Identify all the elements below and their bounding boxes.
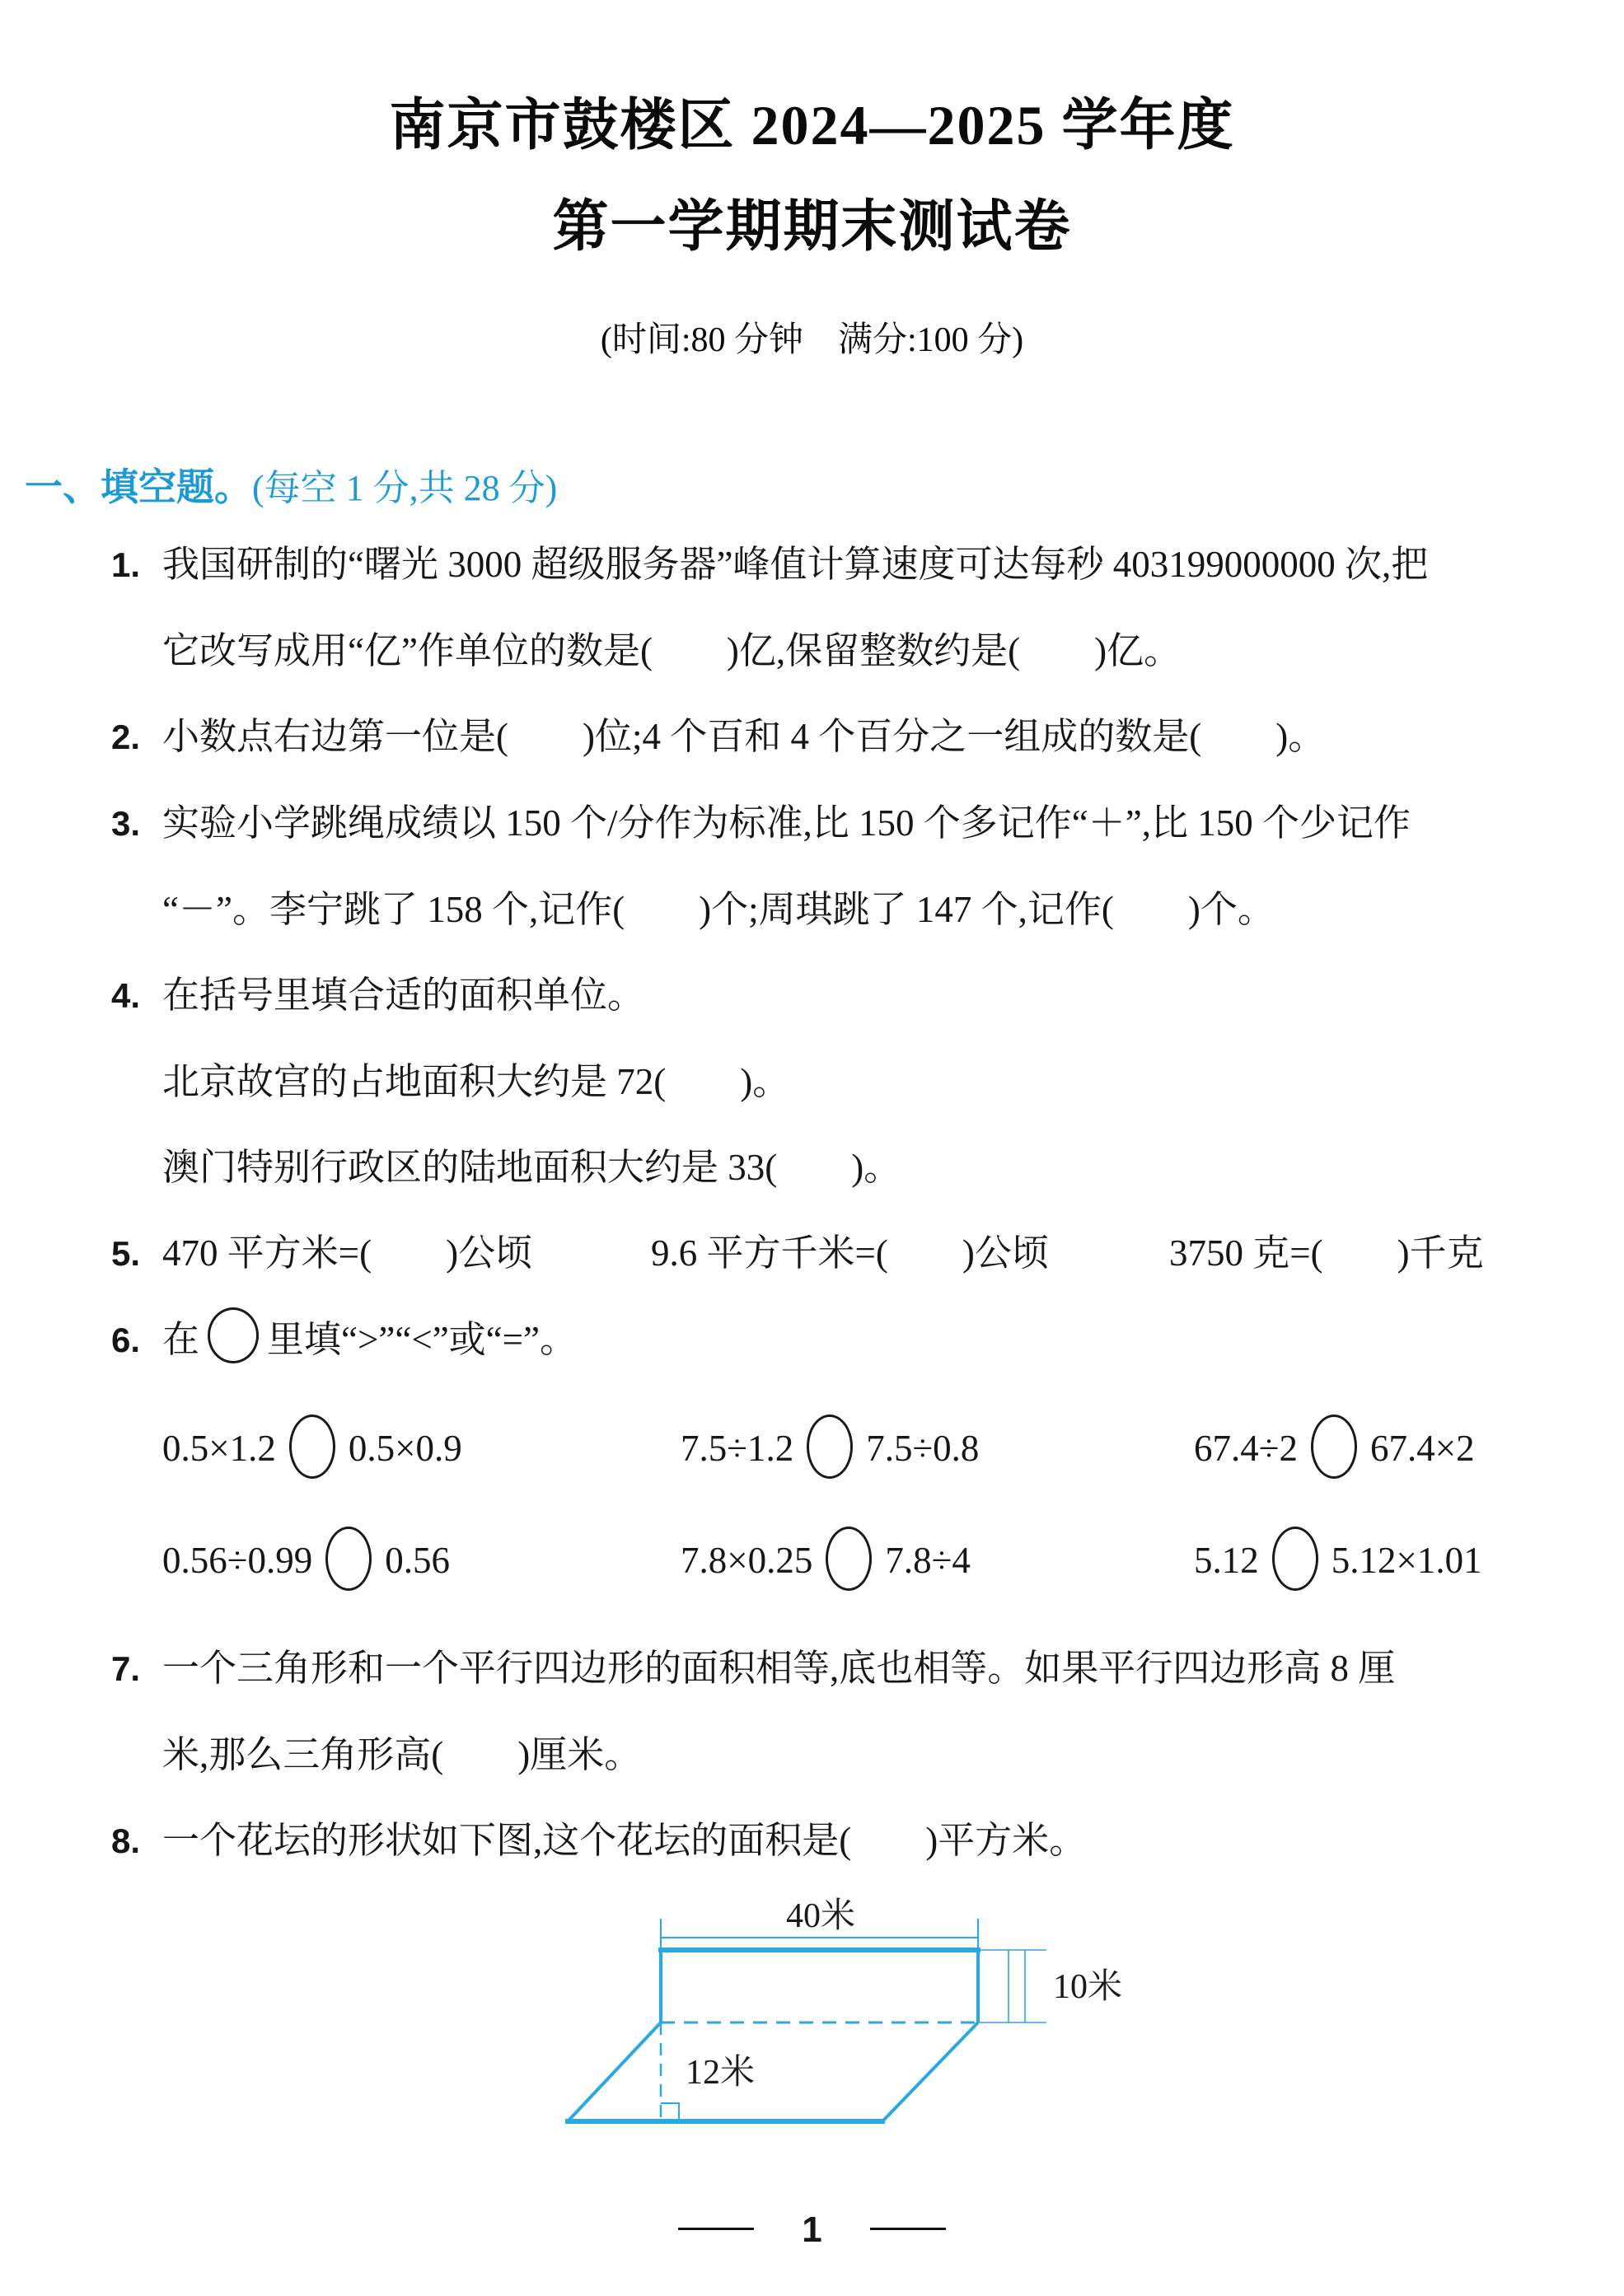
question-6-compare-row-2: 0.56÷0.990.56 7.8×0.257.8÷4 5.125.12×1.0… (0, 1507, 1624, 1614)
question-6-number: 6. (111, 1298, 162, 1383)
footer-dash-left (678, 2228, 754, 2230)
page-number: 1 (802, 2209, 821, 2250)
para-left-slant (568, 2022, 661, 2121)
section-heading: 一、填空题。(每空 1 分,共 28 分) (25, 461, 1624, 515)
question-4-text: 在括号里填合适的面积单位。 (162, 975, 644, 1016)
question-2-line-1: 2.小数点右边第一位是( )位;4 个百和 4 个百分之一组成的数是( )。 (0, 694, 1624, 780)
para-right-slant (882, 2022, 978, 2121)
question-8-text: 一个花坛的形状如下图,这个花坛的面积是( )平方米。 (162, 1820, 1086, 1861)
question-3-number: 3. (111, 781, 162, 867)
question-7-text: 一个三角形和一个平行四边形的面积相等,底也相等。如果平行四边形高 8 厘 (162, 1648, 1395, 1689)
question-1-line-1: 1.我国研制的“曙光 3000 超级服务器”峰值计算速度可达每秒 4031990… (0, 521, 1624, 608)
compare-right: 7.8÷4 (885, 1540, 970, 1581)
blank-circle-icon (1272, 1527, 1318, 1591)
page-footer: 1 (0, 2205, 1624, 2255)
questions-list: 1.我国研制的“曙光 3000 超级服务器”峰值计算速度可达每秒 4031990… (0, 521, 1624, 2148)
question-4-number: 4. (111, 953, 162, 1039)
figure-height-inner-label: 12米 (686, 2054, 755, 2092)
compare-right: 5.12×1.01 (1331, 1540, 1482, 1581)
exam-time-score: (时间:80 分钟 满分:100 分) (0, 316, 1624, 365)
question-1-text-cont: 它改写成用“亿”作单位的数是( )亿,保留整数约是( )亿。 (162, 630, 1181, 671)
question-6-head-pre: 在 (162, 1319, 199, 1360)
question-7-line-1: 7.一个三角形和一个平行四边形的面积相等,底也相等。如果平行四边形高 8 厘 (0, 1625, 1624, 1712)
question-3-text-cont: “－”。李宁跳了 158 个,记作( )个;周琪跳了 147 个,记作( )个。 (162, 889, 1275, 930)
exam-page: 南京市鼓楼区 2024—2025 学年度 第一学期期末测试卷 (时间:80 分钟… (0, 0, 1624, 2296)
compare-left: 0.5×1.2 (162, 1428, 276, 1469)
question-8-number: 8. (111, 1798, 162, 1884)
blank-circle-icon (325, 1527, 372, 1591)
question-5-number: 5. (111, 1211, 162, 1297)
question-4-sub-macau: 澳门特别行政区的陆地面积大约是 33( )。 (0, 1125, 1624, 1210)
page-title-line2: 第一学期期末测试卷 (0, 188, 1624, 266)
compare-right: 67.4×2 (1370, 1428, 1475, 1469)
question-1-text: 我国研制的“曙光 3000 超级服务器”峰值计算速度可达每秒 403199000… (162, 544, 1428, 585)
compare-left: 7.8×0.25 (681, 1540, 812, 1581)
question-3-line-2: “－”。李宁跳了 158 个,记作( )个;周琪跳了 147 个,记作( )个。 (0, 867, 1624, 952)
blank-circle-icon (826, 1527, 872, 1591)
question-4-line-1: 4.在括号里填合适的面积单位。 (0, 952, 1624, 1039)
blank-circle-icon (807, 1415, 853, 1479)
section-heading-note: (每空 1 分,共 28 分) (252, 468, 557, 508)
question-1-number: 1. (111, 522, 162, 608)
compare-right: 0.5×0.9 (349, 1428, 462, 1469)
footer-dash-right (870, 2228, 946, 2230)
question-6-head: 6.在里填“>”“<”或“=”。 (0, 1297, 1624, 1383)
compare-item: 0.56÷0.990.56 (162, 1507, 681, 1614)
compare-item: 67.4÷267.4×2 (1194, 1395, 1624, 1502)
question-7-text-cont: 米,那么三角形高( )厘米。 (162, 1734, 641, 1775)
page-title-line1: 南京市鼓楼区 2024—2025 学年度 (0, 87, 1624, 165)
question-6-head-post: 里填“>”“<”或“=”。 (267, 1319, 577, 1360)
compare-left: 0.56÷0.99 (162, 1540, 312, 1581)
question-4-sub-beijing-text: 北京故宫的占地面积大约是 72( )。 (162, 1061, 789, 1102)
question-5-conversion-3: 3750 克=( )千克 (1169, 1232, 1484, 1274)
question-3-line-1: 3.实验小学跳绳成绩以 150 个/分作为标准,比 150 个多记作“＋”,比 … (0, 780, 1624, 867)
question-7-line-2: 米,那么三角形高( )厘米。 (0, 1712, 1624, 1798)
question-5-conversion-1: 470 平方米=( )公顷 (162, 1210, 651, 1296)
compare-item: 5.125.12×1.01 (1194, 1507, 1624, 1614)
compare-right: 7.5÷0.8 (866, 1428, 979, 1469)
question-2-text: 小数点右边第一位是( )位;4 个百和 4 个百分之一组成的数是( )。 (162, 716, 1325, 757)
question-7-number: 7. (111, 1626, 162, 1712)
compare-item: 7.5÷1.27.5÷0.8 (681, 1395, 1194, 1502)
question-1-line-2: 它改写成用“亿”作单位的数是( )亿,保留整数约是( )亿。 (0, 608, 1624, 694)
figure-width-label: 40米 (786, 1897, 855, 1935)
question-3-text: 实验小学跳绳成绩以 150 个/分作为标准,比 150 个多记作“＋”,比 15… (162, 802, 1411, 844)
compare-item: 7.8×0.257.8÷4 (681, 1507, 1194, 1614)
question-4-sub-macau-text: 澳门特别行政区的陆地面积大约是 33( )。 (162, 1147, 901, 1188)
blank-circle-icon (289, 1415, 335, 1479)
right-angle-marker (661, 2103, 679, 2121)
compare-left: 67.4÷2 (1194, 1428, 1298, 1469)
compare-left: 7.5÷1.2 (681, 1428, 793, 1469)
figure-height-right-label: 10米 (1053, 1968, 1122, 2006)
flowerbed-figure: 40米 10米 12米 (511, 1884, 1252, 2148)
compare-item: 0.5×1.20.5×0.9 (162, 1395, 681, 1502)
question-4-sub-beijing: 北京故宫的占地面积大约是 72( )。 (0, 1039, 1624, 1125)
compare-right: 0.56 (385, 1540, 450, 1581)
question-5-line-1: 5.470 平方米=( )公顷9.6 平方千米=( )公顷3750 克=( )千… (0, 1210, 1624, 1297)
question-6-compare-row-1: 0.5×1.20.5×0.9 7.5÷1.27.5÷0.8 67.4÷267.4… (0, 1395, 1624, 1502)
question-5-conversion-2: 9.6 平方千米=( )公顷 (651, 1210, 1169, 1296)
blank-circle-icon (208, 1307, 259, 1363)
compare-left: 5.12 (1194, 1540, 1259, 1581)
question-2-number: 2. (111, 694, 162, 780)
section-heading-title: 一、填空题。 (25, 465, 252, 508)
blank-circle-icon (1311, 1415, 1357, 1479)
question-8-line-1: 8.一个花坛的形状如下图,这个花坛的面积是( )平方米。 (0, 1798, 1624, 1884)
